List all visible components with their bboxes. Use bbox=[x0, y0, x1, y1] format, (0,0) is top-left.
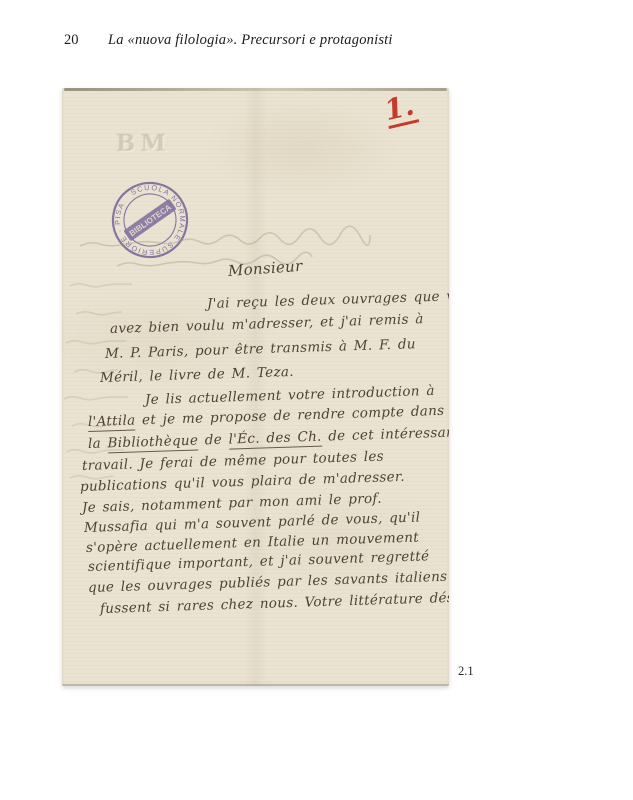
folio-annotation-number: 1. bbox=[382, 92, 419, 129]
figure-caption: 2.1 bbox=[458, 664, 474, 679]
library-stamp-icon: SCUOLA NORMALE SUPERIORE · PISA BIBLIOTE… bbox=[109, 179, 191, 261]
letter-line: avez bien voulu m'adresser, et j'ai remi… bbox=[110, 311, 424, 337]
letter-line-text: de cet intéressant bbox=[321, 424, 449, 444]
book-page: { "page": { "number": "20", "running_tit… bbox=[0, 0, 633, 800]
underlined-journal-title: l'Éc. des Ch. bbox=[228, 429, 322, 450]
manuscript-photo: 1. BM SCUOLA NORMALE SUPERIORE · PISA BI… bbox=[62, 88, 449, 686]
running-title: La «nuova filologia». Precursori e prota… bbox=[108, 32, 393, 49]
letter-line: Méril, le livre de M. Teza. bbox=[100, 364, 294, 386]
folio-annotation: 1. bbox=[381, 88, 419, 129]
letter-line: la Bibliothèque de l'Éc. des Ch. de cet … bbox=[88, 424, 449, 452]
letter-salutation: Monsieur bbox=[227, 257, 303, 280]
letter-line-text: la bbox=[88, 435, 108, 452]
embossed-monogram: BM bbox=[116, 130, 171, 157]
page-number: 20 bbox=[64, 32, 79, 49]
page-header: 20 La «nuova filologia». Precursori e pr… bbox=[0, 32, 633, 54]
underlined-journal-title: Bibliothèque bbox=[107, 433, 198, 454]
underlined-work-title: l'Attila bbox=[88, 413, 136, 432]
letter-line-text: de bbox=[198, 432, 229, 449]
letter-line: J'ai reçu les deux ouvrages que vous bbox=[207, 287, 449, 312]
stamp-band-text: BIBLIOTECA bbox=[128, 203, 173, 239]
letter-line: M. P. Paris, pour être transmis à M. F. … bbox=[105, 336, 416, 362]
